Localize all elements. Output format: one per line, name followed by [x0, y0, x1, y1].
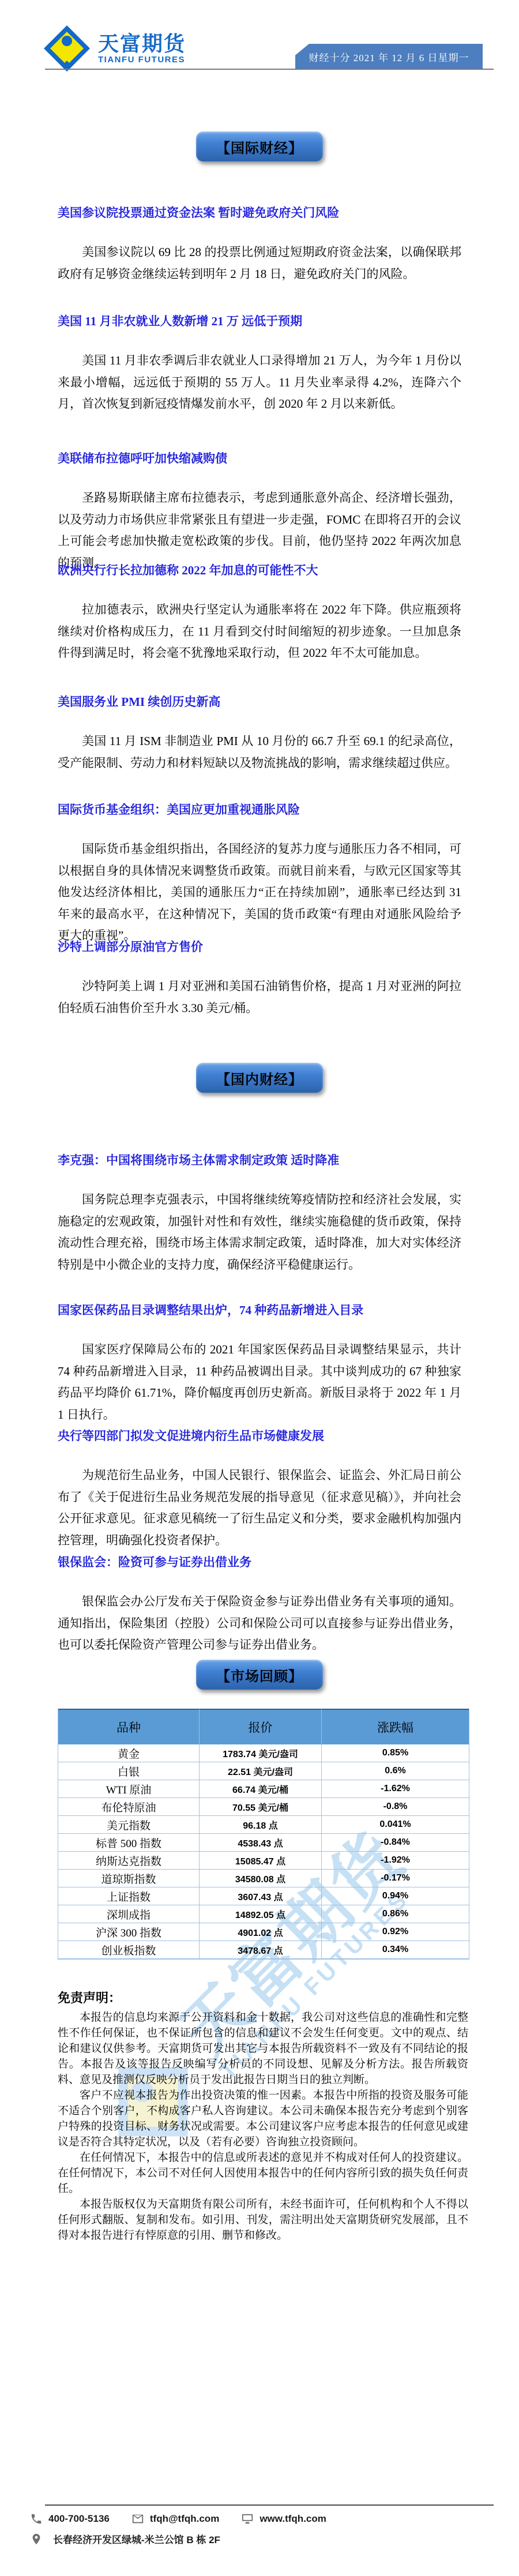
date-banner: 财经十分 2021 年 12 月 6 日星期一 [295, 44, 483, 69]
article-fed-bullard: 美联储布拉德呼吁加快缩减购债 圣路易斯联储主席布拉德表示，考虑到通胀意外高企、经… [58, 452, 461, 574]
article-derivatives-market: 央行等四部门拟发文促进境内衍生品市场健康发展 为规范衍生品业务，中国人民银行、银… [58, 1429, 461, 1551]
envelope-icon [131, 2513, 144, 2525]
table-cell: 美元指数 [58, 1816, 200, 1834]
disclaimer-title: 免责声明： [58, 1988, 468, 2006]
table-cell: 道琼斯指数 [58, 1870, 200, 1887]
table-cell: 标普 500 指数 [58, 1834, 200, 1852]
table-cell: 0.86% [322, 1905, 469, 1923]
disclaimer-paragraph: 客户不应视本报告为作出投资决策的惟一因素。本报告中所指的投资及服务可能不适合个别… [58, 2088, 468, 2150]
article-headline: 美联储布拉德呼吁加快缩减购债 [58, 452, 461, 465]
table-cell: 22.51 美元/盎司 [200, 1762, 322, 1780]
article-headline: 美国参议院投票通过资金法案 暂时避免政府关门风险 [58, 206, 461, 220]
article-headline: 李克强：中国将围绕市场主体需求制定政策 适时降准 [58, 1153, 461, 1167]
table-cell: 沪深 300 指数 [58, 1923, 200, 1941]
article-headline: 国际货币基金组织：美国应更加重视通胀风险 [58, 803, 461, 817]
article-body: 美国 11 月 ISM 非制造业 PMI 从 10 月份的 66.7 升至 69… [58, 731, 461, 774]
disclaimer-section: 免责声明： 本报告的信息均来源于公开资料和金十数据，我公司对这些信息的准确性和完… [58, 1988, 468, 2243]
table-cell: 4901.02 点 [200, 1923, 322, 1941]
table-cell: -0.8% [322, 1798, 469, 1816]
article-body: 国务院总理李克强表示，中国将继续统筹疫情防控和经济社会发展，实施稳定的宏观政策，… [58, 1189, 461, 1276]
article-body: 美国 11 月非农季调后非农就业人口录得增加 21 万人，为今年 1 月份以来最… [58, 350, 461, 415]
table-cell: WTI 原油 [58, 1780, 200, 1798]
table-cell: 上证指数 [58, 1887, 200, 1905]
article-body: 沙特阿美上调 1 月对亚洲和美国石油销售价格，提高 1 月对亚洲的阿拉伯轻质石油… [58, 976, 461, 1019]
table-cell: 70.55 美元/桶 [200, 1798, 322, 1816]
phone-icon [30, 2513, 43, 2525]
article-headline: 银保监会：险资可参与证券出借业务 [58, 1555, 461, 1569]
table-cell: -1.92% [322, 1852, 469, 1870]
monitor-icon [241, 2513, 254, 2525]
article-nonfarm-payrolls: 美国 11 月非农就业人数新增 21 万 远低于预期 美国 11 月非农季调后非… [58, 314, 461, 415]
table-cell: -0.17% [322, 1870, 469, 1887]
article-headline: 美国服务业 PMI 续创历史新高 [58, 695, 461, 709]
header-divider [45, 69, 494, 70]
table-cell: 3607.43 点 [200, 1887, 322, 1905]
footer-email: tfqh@tfqh.com [150, 2513, 219, 2525]
table-cell: 0.041% [322, 1816, 469, 1834]
article-ecb-lagarde: 欧洲央行行长拉加德称 2022 年加息的可能性不大 拉加德表示，欧洲央行坚定认为… [58, 563, 461, 664]
article-body: 国家医疗保障局公布的 2021 年国家医保药品目录调整结果显示，共计 74 种药… [58, 1339, 461, 1426]
table-cell: 15085.47 点 [200, 1852, 322, 1870]
table-cell: 66.74 美元/桶 [200, 1780, 322, 1798]
article-likeqiang-policy: 李克强：中国将围绕市场主体需求制定政策 适时降准 国务院总理李克强表示，中国将继… [58, 1153, 461, 1276]
logo-en-text: TIANFU FUTURES [98, 55, 186, 65]
table-cell: 0.6% [322, 1762, 469, 1780]
footer-address-row: 长春经济开发区绿城-米兰公馆 B 栋 2F [30, 2532, 220, 2546]
article-body: 圣路易斯联储主席布拉德表示，考虑到通胀意外高企、经济增长强劲，以及劳动力市场供应… [58, 487, 461, 574]
table-cell: 创业板指数 [58, 1941, 200, 1959]
article-headline: 欧洲央行行长拉加德称 2022 年加息的可能性不大 [58, 563, 461, 577]
article-headline: 国家医保药品目录调整结果出炉，74 种药品新增进入目录 [58, 1303, 461, 1317]
location-pin-icon [30, 2533, 43, 2545]
article-us-services-pmi: 美国服务业 PMI 续创历史新高 美国 11 月 ISM 非制造业 PMI 从 … [58, 695, 461, 774]
table-header-quote: 报价 [200, 1709, 322, 1744]
table-cell: 深圳成指 [58, 1905, 200, 1923]
table-cell: 0.94% [322, 1887, 469, 1905]
table-cell: 黄金 [58, 1744, 200, 1762]
disclaimer-paragraph: 本报告的信息均来源于公开资料和金十数据，我公司对这些信息的准确性和完整性不作任何… [58, 2010, 468, 2088]
article-imf-inflation: 国际货币基金组织：美国应更加重视通胀风险 国际货币基金组织指出，各国经济的复苏力… [58, 803, 461, 947]
article-headline: 央行等四部门拟发文促进境内衍生品市场健康发展 [58, 1429, 461, 1443]
article-body: 拉加德表示，欧洲央行坚定认为通胀率将在 2022 年下降。供应瓶颈将继续对价格构… [58, 599, 461, 664]
table-header-variety: 品种 [58, 1709, 200, 1744]
table-cell: 布伦特原油 [58, 1798, 200, 1816]
company-logo: 天富期货 TIANFU FUTURES [44, 25, 186, 72]
table-cell: 0.85% [322, 1744, 469, 1762]
footer-website: www.tfqh.com [259, 2513, 326, 2525]
table-cell: 14892.05 点 [200, 1905, 322, 1923]
table-header-change: 涨跌幅 [322, 1709, 469, 1744]
footer-phone: 400-700-5136 [48, 2513, 110, 2525]
table-cell: 1783.74 美元/盎司 [200, 1744, 322, 1762]
article-insurance-securities: 银保监会：险资可参与证券出借业务 银保监会办公厅发布关于保险资金参与证券出借业务… [58, 1555, 461, 1656]
article-saudi-oil-price: 沙特上调部分原油官方售价 沙特阿美上调 1 月对亚洲和美国石油销售价格，提高 1… [58, 940, 461, 1019]
article-body: 银保监会办公厅发布关于保险资金参与证券出借业务有关事项的通知。通知指出，保险集团… [58, 1591, 461, 1656]
logo-diamond-icon [44, 25, 90, 72]
table-cell: 0.92% [322, 1923, 469, 1941]
table-cell: 4538.43 点 [200, 1834, 322, 1852]
article-headline: 沙特上调部分原油官方售价 [58, 940, 461, 954]
footer-contacts: 400-700-5136 tfqh@tfqh.com www.tfqh.com [30, 2513, 326, 2525]
table-cell: 0.34% [322, 1941, 469, 1959]
table-cell: 96.18 点 [200, 1816, 322, 1834]
article-headline: 美国 11 月非农就业人数新增 21 万 远低于预期 [58, 314, 461, 328]
article-body: 为规范衍生品业务，中国人民银行、银保监会、证监会、外汇局日前公布了《关于促进衍生… [58, 1465, 461, 1551]
disclaimer-paragraph: 在任何情况下，本报告中的信息或所表述的意见并不构成对任何人的投资建议。在任何情况… [58, 2150, 468, 2197]
table-cell: 白银 [58, 1762, 200, 1780]
table-cell: 纳斯达克指数 [58, 1852, 200, 1870]
article-body: 美国参议院以 69 比 28 的投票比例通过短期政府资金法案，以确保联邦政府有足… [58, 242, 461, 285]
market-table: 品种 报价 涨跌幅 黄金 1783.74 美元/盎司 0.85% 白银 22.5… [58, 1709, 469, 1960]
section-button-international: 【国际财经】 [196, 131, 323, 161]
article-medical-catalog: 国家医保药品目录调整结果出炉，74 种药品新增进入目录 国家医疗保障局公布的 2… [58, 1303, 461, 1426]
logo-text: 天富期货 TIANFU FUTURES [98, 33, 186, 65]
table-cell: -0.84% [322, 1834, 469, 1852]
logo-cn-text: 天富期货 [98, 33, 186, 55]
table-cell: 34580.08 点 [200, 1870, 322, 1887]
footer-address: 长春经济开发区绿城-米兰公馆 B 栋 2F [53, 2532, 220, 2546]
disclaimer-paragraph: 本报告版权仅为天富期货有限公司所有，未经书面许可，任何机构和个人不得以任何形式翻… [58, 2197, 468, 2243]
table-cell: 3478.67 点 [200, 1941, 322, 1959]
article-senate-funding: 美国参议院投票通过资金法案 暂时避免政府关门风险 美国参议院以 69 比 28 … [58, 206, 461, 285]
table-cell: -1.62% [322, 1780, 469, 1798]
section-button-domestic: 【国内财经】 [196, 1063, 323, 1093]
section-button-market-review: 【市场回顾】 [196, 1660, 323, 1690]
article-body: 国际货币基金组织指出，各国经济的复苏力度与通胀压力各不相同，可以根据自身的具体情… [58, 838, 461, 947]
footer-divider [45, 2504, 494, 2506]
